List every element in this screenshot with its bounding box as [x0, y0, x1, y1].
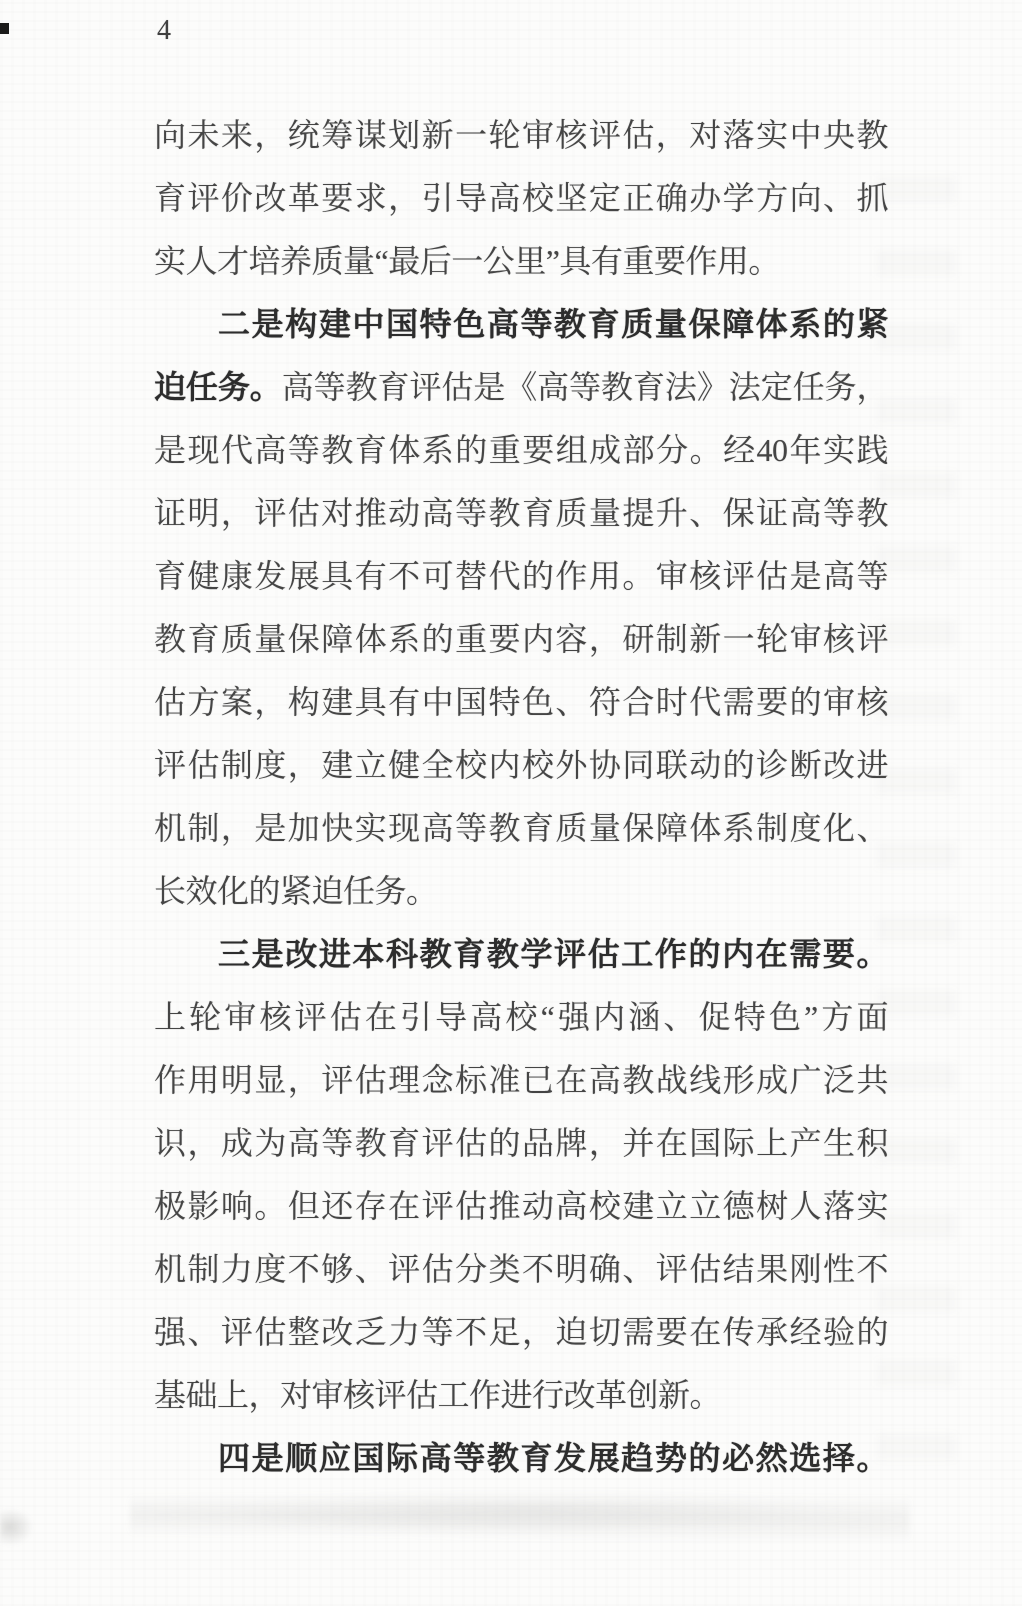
text-line: 是现代高等教育体系的重要组成部分。经40年实践 [154, 419, 888, 482]
text-line: 强、评估整改乏力等不足，迫切需要在传承经验的 [154, 1301, 888, 1364]
text-line: 教育质量保障体系的重要内容，研制新一轮审核评 [154, 608, 888, 671]
text-block: 向未来，统筹谋划新一轮审核评估，对落实中央教育评价改革要求，引导高校坚定正确办学… [154, 104, 888, 1490]
body-text: 强、评估整改乏力等不足，迫切需要在传承经验的 [154, 1314, 888, 1350]
body-text: 上轮审核评估在引导高校“强内涵、促特色”方面 [154, 999, 888, 1035]
heading-text: 三是改进本科教育教学评估工作的内在需要。 [218, 936, 888, 972]
scan-ghost-artifact [876, 160, 956, 1460]
body-text: 极影响。但还存在评估推动高校建立立德树人落实 [154, 1188, 888, 1224]
text-line: 证明，评估对推动高等教育质量提升、保证高等教 [154, 482, 888, 545]
text-line: 作用明显，评估理念标准已在高教战线形成广泛共 [154, 1049, 888, 1112]
text-line: 育评价改革要求，引导高校坚定正确办学方向、抓 [154, 167, 888, 230]
body-text: 育健康发展具有不可替代的作用。审核评估是高等 [154, 558, 888, 594]
scan-corner-artifact [0, 1508, 34, 1546]
text-line: 机制力度不够、评估分类不明确、评估结果刚性不 [154, 1238, 888, 1301]
body-text: 实人才培养质量“最后一公里”具有重要作用。 [154, 243, 780, 279]
document-page: 4 向未来，统筹谋划新一轮审核评估，对落实中央教育评价改革要求，引导高校坚定正确… [0, 0, 1022, 1606]
text-line: 二是构建中国特色高等教育质量保障体系的紧 [154, 293, 888, 356]
page-number: 4 [157, 14, 171, 48]
body-text: 估方案，构建具有中国特色、符合时代需要的审核 [154, 684, 888, 720]
body-text: 机制力度不够、评估分类不明确、评估结果刚性不 [154, 1251, 888, 1287]
body-text: 教育质量保障体系的重要内容，研制新一轮审核评 [154, 621, 888, 657]
body-text: 机制，是加快实现高等教育质量保障体系制度化、 [154, 810, 888, 846]
text-line: 向未来，统筹谋划新一轮审核评估，对落实中央教 [154, 104, 888, 167]
text-line: 估方案，构建具有中国特色、符合时代需要的审核 [154, 671, 888, 734]
body-text: 作用明显，评估理念标准已在高教战线形成广泛共 [154, 1062, 888, 1098]
text-line: 极影响。但还存在评估推动高校建立立德树人落实 [154, 1175, 888, 1238]
text-line: 迫任务。高等教育评估是《高等教育法》法定任务， [154, 356, 888, 419]
text-line: 基础上，对审核评估工作进行改革创新。 [154, 1364, 888, 1427]
body-text: 基础上，对审核评估工作进行改革创新。 [154, 1377, 721, 1413]
text-line: 四是顺应国际高等教育发展趋势的必然选择。 [154, 1427, 888, 1490]
body-text: 评估制度，建立健全校内校外协同联动的诊断改进 [154, 747, 888, 783]
text-line: 评估制度，建立健全校内校外协同联动的诊断改进 [154, 734, 888, 797]
body-text: 长效化的紧迫任务。 [154, 873, 438, 909]
text-line: 长效化的紧迫任务。 [154, 860, 888, 923]
text-line: 机制，是加快实现高等教育质量保障体系制度化、 [154, 797, 888, 860]
text-line: 三是改进本科教育教学评估工作的内在需要。 [154, 923, 888, 986]
text-line: 实人才培养质量“最后一公里”具有重要作用。 [154, 230, 888, 293]
scan-edge-artifact [0, 23, 9, 34]
scan-smudge-artifact [130, 1490, 910, 1540]
body-text: 是现代高等教育体系的重要组成部分。经40年实践 [154, 432, 888, 468]
body-text: 识，成为高等教育评估的品牌，并在国际上产生积 [154, 1125, 888, 1161]
body-text: 育评价改革要求，引导高校坚定正确办学方向、抓 [154, 180, 888, 216]
text-line: 上轮审核评估在引导高校“强内涵、促特色”方面 [154, 986, 888, 1049]
heading-text: 二是构建中国特色高等教育质量保障体系的紧 [218, 306, 888, 342]
heading-text: 四是顺应国际高等教育发展趋势的必然选择。 [218, 1440, 888, 1476]
heading-text: 迫任务。 [154, 369, 282, 405]
body-text: 高等教育评估是《高等教育法》法定任务， [282, 369, 888, 405]
text-line: 育健康发展具有不可替代的作用。审核评估是高等 [154, 545, 888, 608]
text-line: 识，成为高等教育评估的品牌，并在国际上产生积 [154, 1112, 888, 1175]
body-text: 向未来，统筹谋划新一轮审核评估，对落实中央教 [154, 117, 888, 153]
body-text: 证明，评估对推动高等教育质量提升、保证高等教 [154, 495, 888, 531]
